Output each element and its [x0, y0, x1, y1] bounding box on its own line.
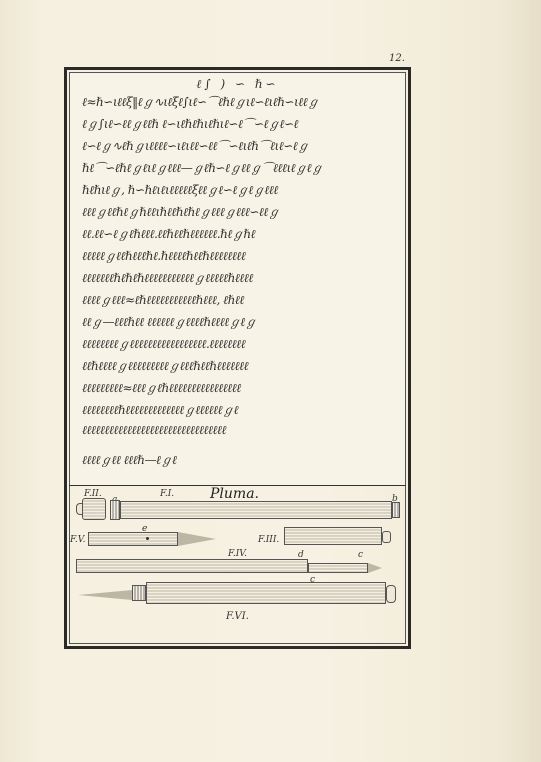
shorthand-line: ℓ∽ℓℊ∿ℓℏℊιℓℓℓℓ∽ιℓιℓℓ∽ℓℓ⌒∽ℓιℓℏ⌒ℓιℓ∽ℓℊ [82, 137, 400, 157]
shorthand-line: ℓℓℓℓℓℓℓℓℓℓℓℓℓℓℓℓℓℓℓℓℓℓℓℓℓℓℓℓℓℓℓℓ [82, 423, 400, 443]
shorthand-line: ℓℓℓℊℓℓℏℓℊℏℓℓιℏℓℓℏℓℏℓℊℓℓℓℊℓℓℓ∽ℓℓℊ [82, 203, 400, 223]
shorthand-line: ℓℓℊ—ℓℓℓℏℓℓ ℓℓℓℓℓℓℊℓℓℓℓℏℓℓℓℓℊℓℊ [82, 313, 400, 333]
pen-nib-holder-f5 [88, 532, 178, 546]
fig-label-f4: F.IV. [228, 549, 247, 559]
pen-figures-panel: F.II. F.I. Pluma. a b F.V. e F.III. F.IV… [70, 487, 405, 642]
pen-assembled-f4 [76, 559, 308, 573]
pen-thread-b [392, 502, 400, 518]
pen-cap-body-f2 [82, 498, 106, 520]
shorthand-line: ℓℓℏℓℓℓℓℊℓℓℓℓℓℓℓℓℓℊℓℓℓℏℓℓℏℓℓℓℓℓℓℓ [82, 357, 400, 377]
shorthand-text-panel: ℓ∫ ) ∽ ℏ∽ ℓ≈ℏ∽ιℓℓξ‖ℓℊ∿ιℓξℓ∫ιℓ∽⌒ℓℏℓℊιℓ∽ℓι… [70, 73, 405, 485]
shorthand-line: ℏℓ⌒∽ℓℏℓℊℓιℓℊℓℓℓ—ℊℓℏ∽ℓℊℓℓℊ⌒ℓℓℓιℓℊℓℊ [82, 159, 400, 179]
plate-title: Pluma. [210, 486, 259, 502]
shorthand-line: ℏℓℏιℓℊ, ℏ∽ℏℓιℓιℓℓℓℓℓξℓℓℊℓ∽ℓℊℓℊℓℓℓ [82, 181, 400, 201]
pen-barrel-f6 [146, 582, 386, 604]
fig-letter-c: c [358, 550, 363, 560]
fig-label-f1: F.I. [160, 489, 174, 499]
shorthand-line: ℓℓℓℓℓℊℓℓℏℓℓℓℏℓ.ℏℓℓℓℓℏℓℓℏℓℓℓℓℓℓℓℓ [82, 247, 400, 267]
shorthand-line: ℓℓℓℓℓℓℓℓℏℓℓℓℓℓℓℓℓℓℓℓℓℓℊℓℓℓℓℓℓℊℓ [82, 401, 400, 421]
shorthand-heading: ℓ∫ ) ∽ ℏ∽ [70, 77, 405, 92]
shorthand-line: ℓℓ.ℓℓ∽ℓℊℓℏℓℓℓ.ℓℓℏℓℓℏℓℓℓℓℓℓ.ℏℓℊℏℓ [82, 225, 400, 245]
shorthand-line: ℓℓℓℓℓℓℓℓℓ≈ℓℓℓℊℓℏℓℓℓℓℓℓℓℓℓℓℓℓℓℓℓℓ [82, 379, 400, 399]
fig-label-f5: F.V. [70, 535, 86, 545]
shorthand-line: ℓ≈ℏ∽ιℓℓξ‖ℓℊ∿ιℓξℓ∫ιℓ∽⌒ℓℏℓℊιℓ∽ℓιℓℏ∽ιℓℓℊ [82, 93, 400, 113]
pen-assembled-slide-f4 [308, 563, 368, 573]
pen-cap-knob-f3 [382, 531, 391, 543]
fig-label-f6: F.VI. [226, 611, 249, 622]
shorthand-line: ℓℓℓℓℊℓℓ ℓℓℓℏ—ℓℊℓ [82, 451, 202, 471]
pen-barrel-f1 [120, 501, 392, 519]
shorthand-line: ℓℓℓℓℓℓℓℏℓℏℓℏℓℓℓℓℓℓℓℓℓℓℓℊℓℓℓℓℓℏℓℓℓℓ [82, 269, 400, 289]
nib-hole [146, 537, 149, 540]
pen-end-knob-f6 [386, 585, 396, 603]
pen-thread-a [110, 500, 120, 520]
page-number: 12. [389, 53, 405, 64]
pen-collar-f6 [132, 585, 146, 601]
pen-assembled-tip-f4 [368, 563, 382, 573]
pen-cap-f3 [284, 527, 382, 545]
shorthand-line: ℓℊ∫ιℓ∽ℓℓℊℓℓℏ ℓ∽ιℓℏℓℏιℓℏιℓ∽ℓ⌒∽ℓℊℓ∽ℓ [82, 115, 400, 135]
pen-tip-f6 [78, 590, 132, 600]
shorthand-line: ℓℓℓℓℓℓℓℓℊℓℓℓℓℓℓℓℓℓℓℓℓℓℓℓℓℓ.ℓℓℓℓℓℓℓℓ [82, 335, 400, 355]
pen-nib-tip-f5 [178, 532, 216, 546]
shorthand-line: ℓℓℓℓℊℓℓℓ≈ℓℏℓℓℓℓℓℓℓℓℓℓℓℏℓℓℓ, ℓℏℓℓ [82, 291, 400, 311]
fig-label-f3: F.III. [258, 535, 279, 545]
